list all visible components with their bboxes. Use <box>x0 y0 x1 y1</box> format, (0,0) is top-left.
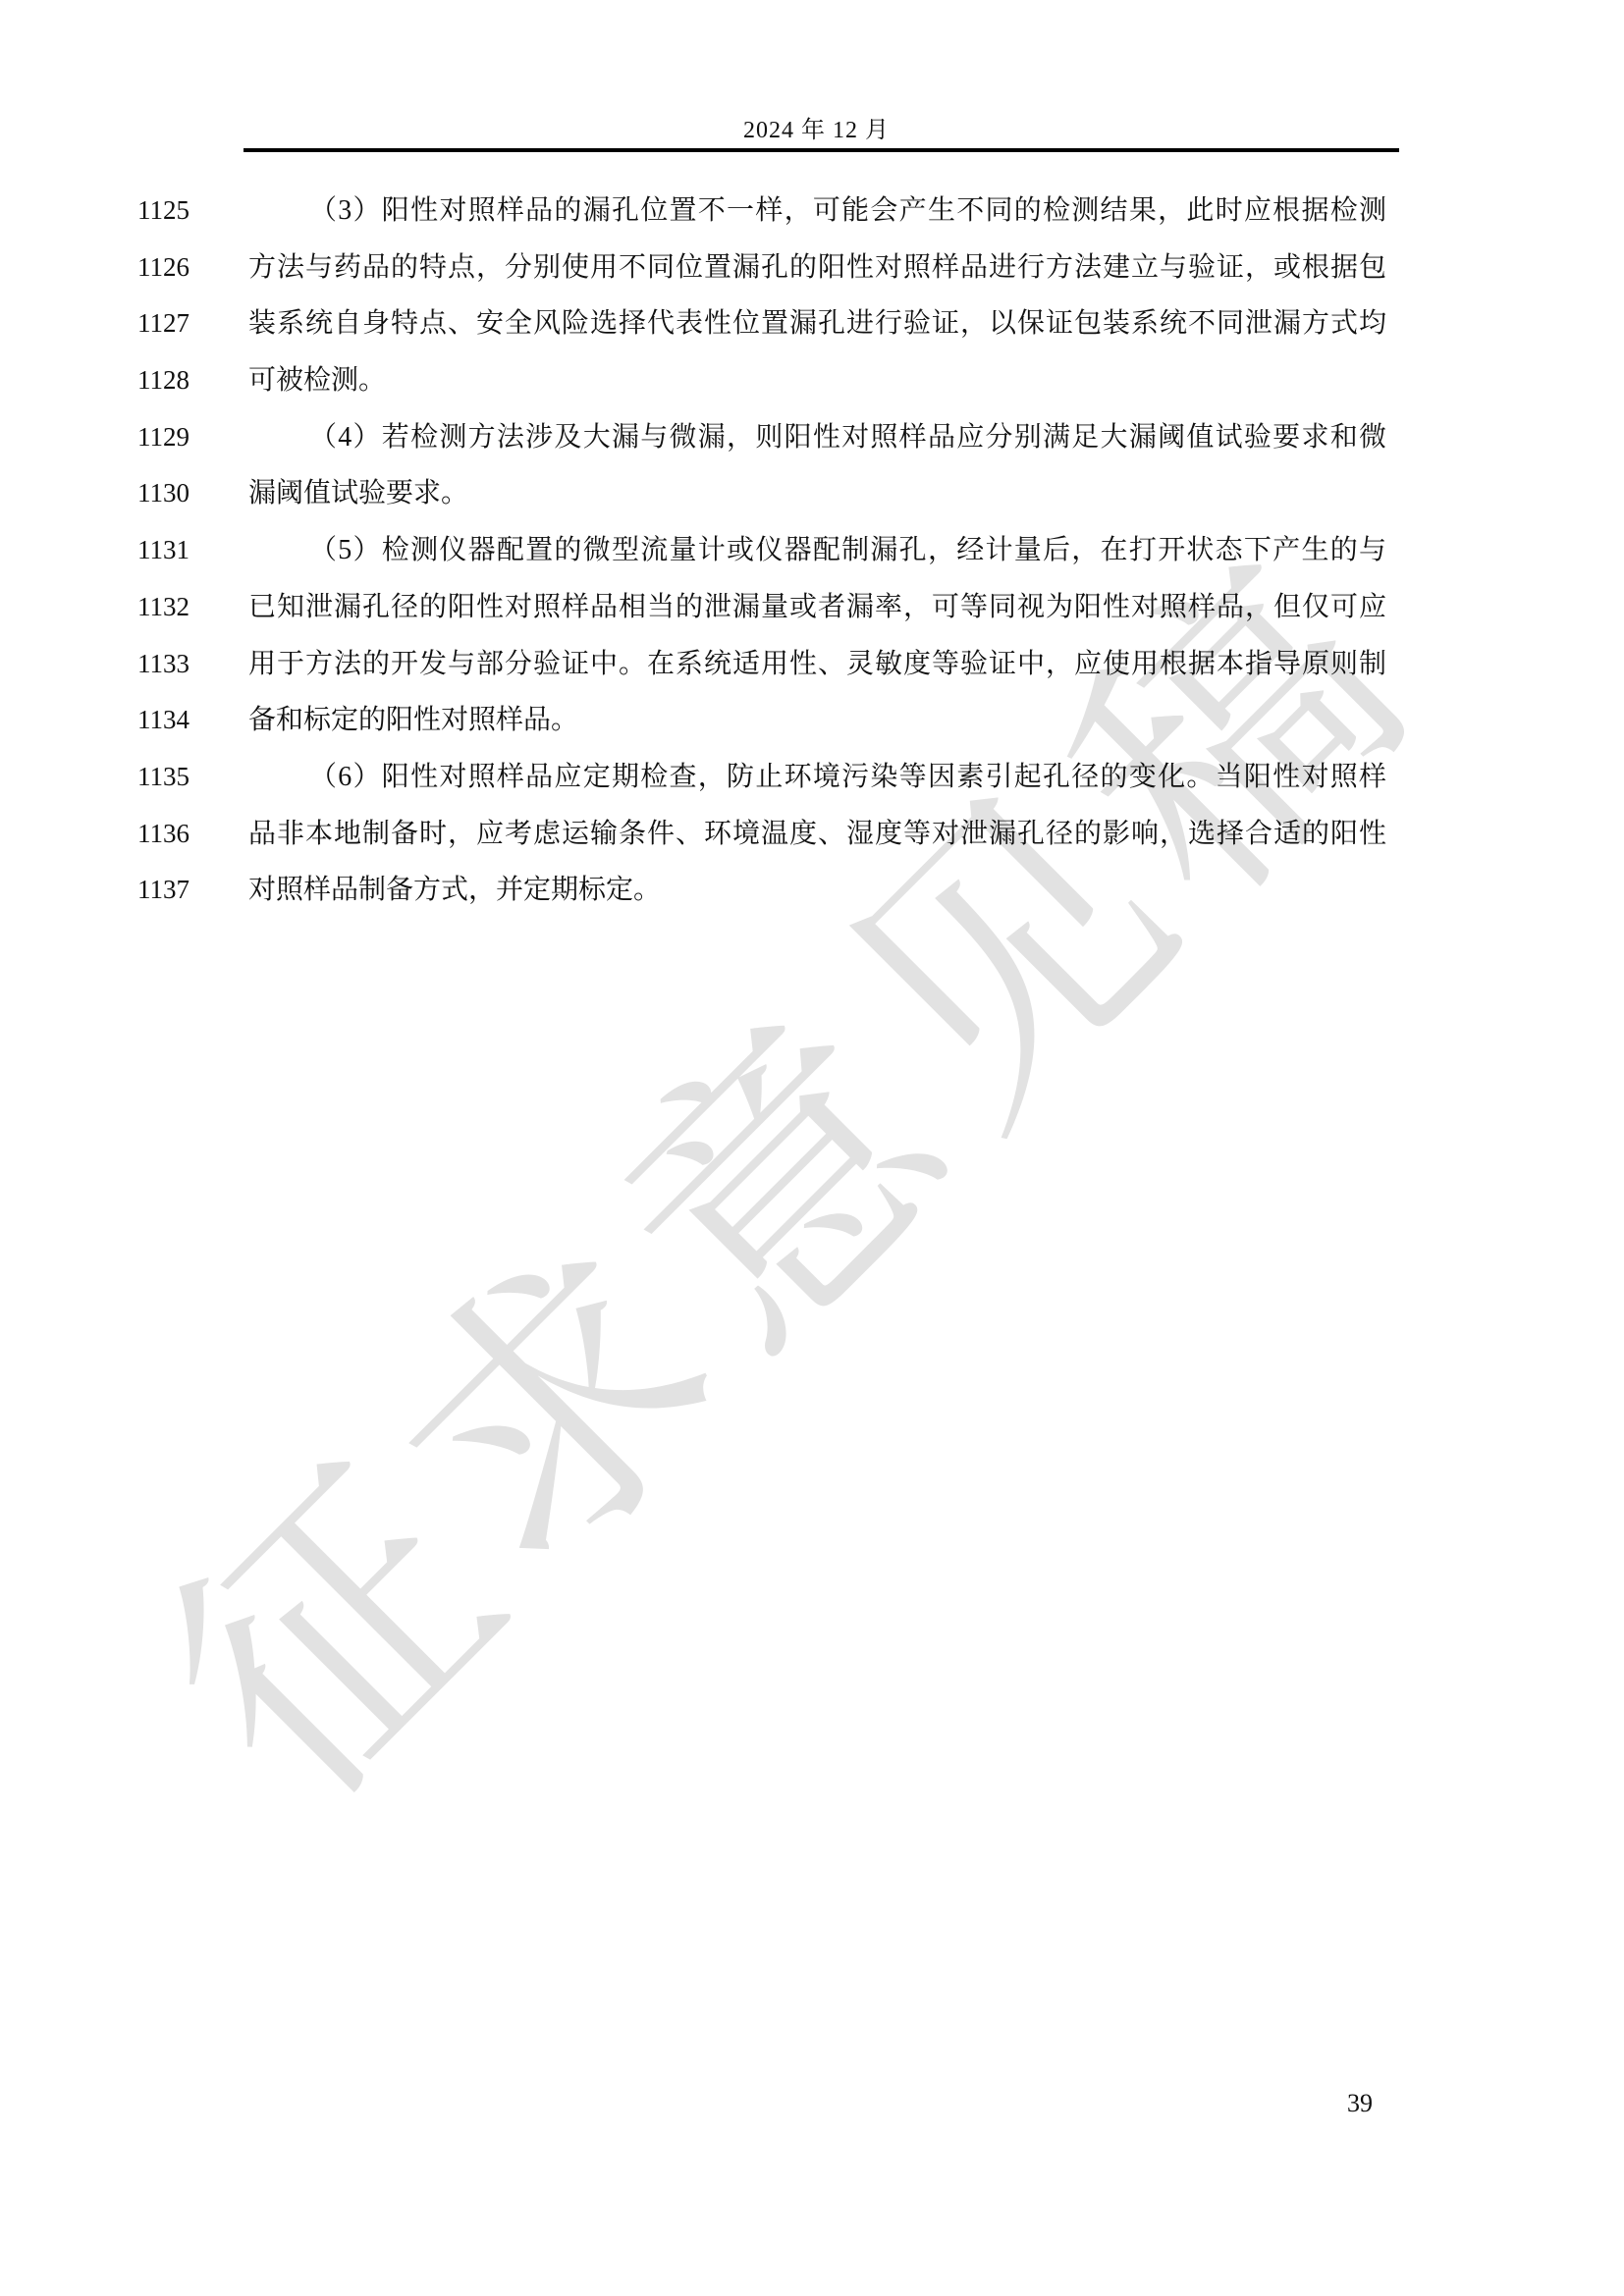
line-number: 1133 <box>137 636 189 693</box>
line-text: 可被检测。 <box>248 352 1386 409</box>
text-line: 1127装系统自身特点、安全风险选择代表性位置漏孔进行验证，以保证包装系统不同泄… <box>0 295 1624 352</box>
line-text: 装系统自身特点、安全风险选择代表性位置漏孔进行验证，以保证包装系统不同泄漏方式均 <box>248 295 1386 352</box>
header-rule <box>244 148 1399 152</box>
line-text: （3）阳性对照样品的漏孔位置不一样，可能会产生不同的检测结果，此时应根据检测 <box>248 183 1386 240</box>
line-number: 1125 <box>137 183 189 240</box>
line-number: 1131 <box>137 522 189 579</box>
text-line: 1134备和标定的阳性对照样品。 <box>0 692 1624 749</box>
page-number: 39 <box>1347 2089 1373 2118</box>
document-body: 1125（3）阳性对照样品的漏孔位置不一样，可能会产生不同的检测结果，此时应根据… <box>0 183 1624 919</box>
text-line: 1137对照样品制备方式，并定期标定。 <box>0 862 1624 919</box>
text-line: 1125（3）阳性对照样品的漏孔位置不一样，可能会产生不同的检测结果，此时应根据… <box>0 183 1624 240</box>
line-text: 品非本地制备时，应考虑运输条件、环境温度、湿度等对泄漏孔径的影响，选择合适的阳性 <box>248 806 1386 863</box>
line-number: 1137 <box>137 862 189 919</box>
line-text: 用于方法的开发与部分验证中。在系统适用性、灵敏度等验证中，应使用根据本指导原则制 <box>248 636 1386 693</box>
text-line: 1128可被检测。 <box>0 352 1624 409</box>
line-text: 备和标定的阳性对照样品。 <box>248 692 1386 749</box>
line-number: 1126 <box>137 240 189 296</box>
line-number: 1130 <box>137 465 189 522</box>
line-number: 1135 <box>137 749 189 806</box>
header-date: 2024 年 12 月 <box>245 110 1387 144</box>
line-number: 1134 <box>137 692 189 749</box>
text-line: 1126方法与药品的特点，分别使用不同位置漏孔的阳性对照样品进行方法建立与验证，… <box>0 240 1624 296</box>
line-number: 1127 <box>137 295 189 352</box>
text-line: 1129（4）若检测方法涉及大漏与微漏，则阳性对照样品应分别满足大漏阈值试验要求… <box>0 409 1624 466</box>
line-text: （5）检测仪器配置的微型流量计或仪器配制漏孔，经计量后，在打开状态下产生的与 <box>248 522 1386 579</box>
line-text: （6）阳性对照样品应定期检查，防止环境污染等因素引起孔径的变化。当阳性对照样 <box>248 749 1386 806</box>
line-number: 1129 <box>137 409 189 466</box>
text-line: 1131（5）检测仪器配置的微型流量计或仪器配制漏孔，经计量后，在打开状态下产生… <box>0 522 1624 579</box>
text-line: 1135（6）阳性对照样品应定期检查，防止环境污染等因素引起孔径的变化。当阳性对… <box>0 749 1624 806</box>
line-text: 漏阈值试验要求。 <box>248 465 1386 522</box>
document-page: 征求意见稿 2024 年 12 月 1125（3）阳性对照样品的漏孔位置不一样，… <box>0 0 1624 2296</box>
line-number: 1128 <box>137 352 189 409</box>
text-line: 1132已知泄漏孔径的阳性对照样品相当的泄漏量或者漏率，可等同视为阳性对照样品，… <box>0 579 1624 636</box>
line-number: 1132 <box>137 579 189 636</box>
line-number: 1136 <box>137 806 189 863</box>
text-line: 1133用于方法的开发与部分验证中。在系统适用性、灵敏度等验证中，应使用根据本指… <box>0 636 1624 693</box>
line-text: 已知泄漏孔径的阳性对照样品相当的泄漏量或者漏率，可等同视为阳性对照样品，但仅可应 <box>248 579 1386 636</box>
line-text: 方法与药品的特点，分别使用不同位置漏孔的阳性对照样品进行方法建立与验证，或根据包 <box>248 240 1386 296</box>
text-line: 1130漏阈值试验要求。 <box>0 465 1624 522</box>
text-line: 1136品非本地制备时，应考虑运输条件、环境温度、湿度等对泄漏孔径的影响，选择合… <box>0 806 1624 863</box>
line-text: 对照样品制备方式，并定期标定。 <box>248 862 1386 919</box>
line-text: （4）若检测方法涉及大漏与微漏，则阳性对照样品应分别满足大漏阈值试验要求和微 <box>248 409 1386 466</box>
